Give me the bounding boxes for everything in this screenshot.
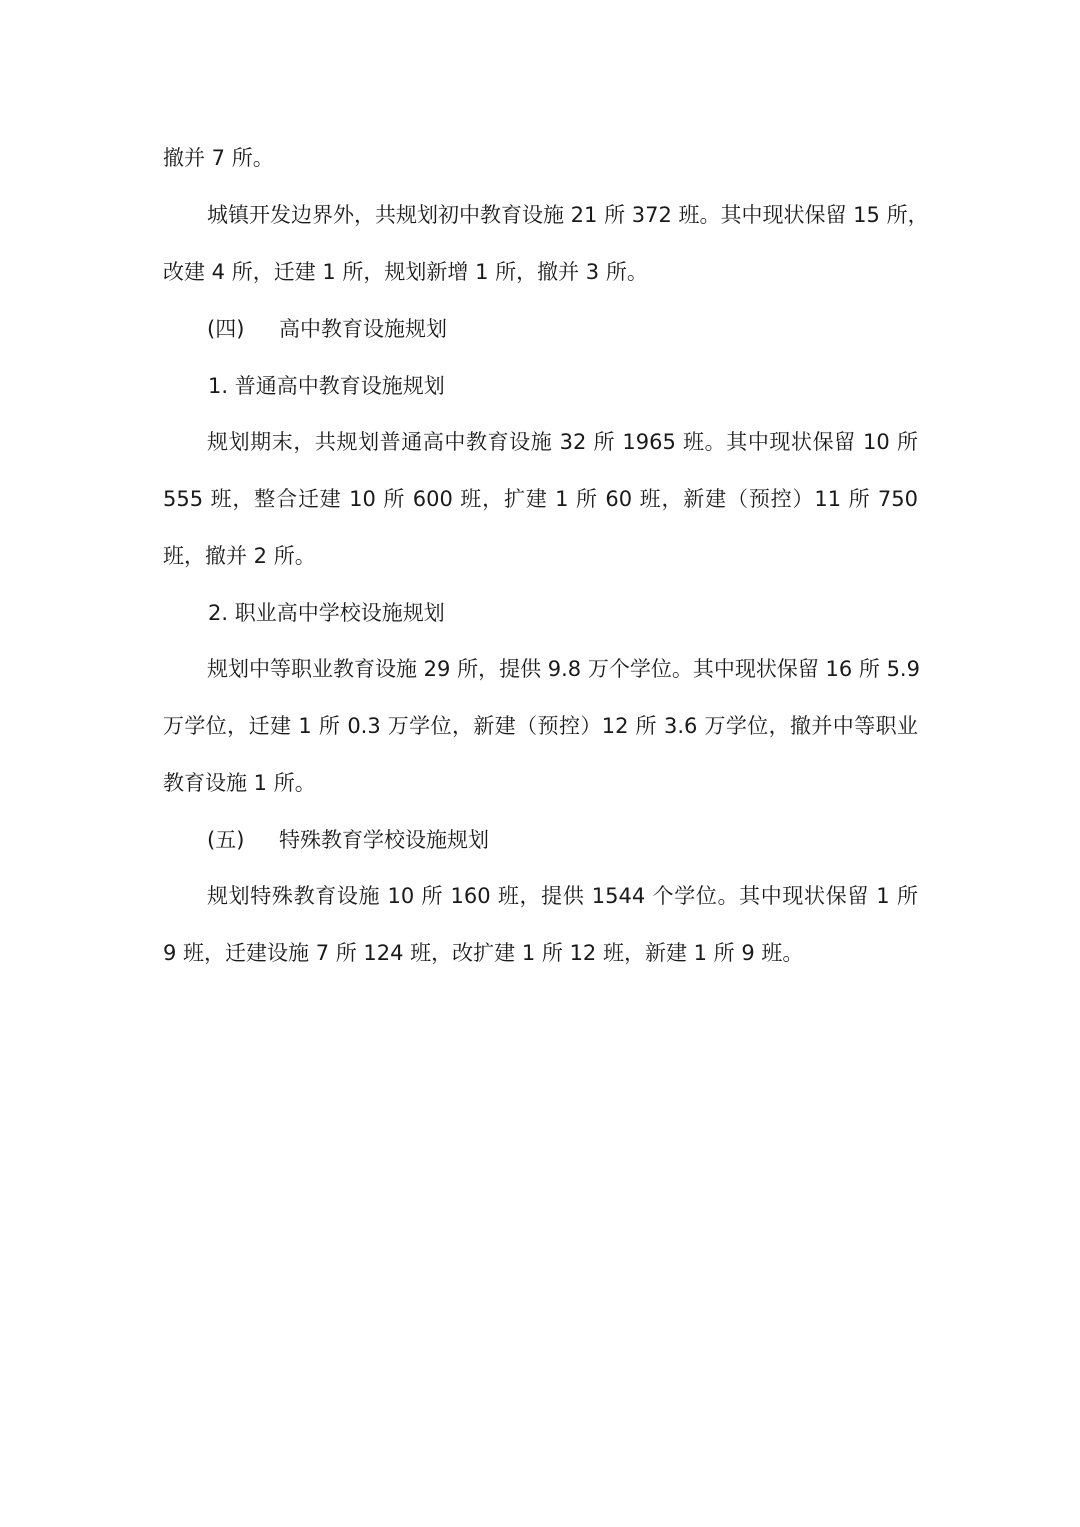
paragraph-line: 规划特殊教育设施 10 所 160 班，提供 1544 个学位。其中现状保留 1… [207,881,918,911]
section-heading: (五)特殊教育学校设施规划 [207,825,489,855]
subsection-heading: 1. 普通高中教育设施规划 [208,371,445,401]
subsection-number: 2. [208,601,228,625]
subsection-number: 1. [208,374,228,398]
section-number: (五) [207,825,279,855]
paragraph-line: 555 班，整合迁建 10 所 600 班，扩建 1 所 60 班，新建（预控）… [163,484,918,514]
section-number: (四) [207,314,279,344]
document-page: 撤并 7 所。 城镇开发边界外，共规划初中教育设施 21 所 372 班。其中现… [0,0,1080,1527]
paragraph-line: 城镇开发边界外，共规划初中教育设施 21 所 372 班。其中现状保留 15 所… [207,200,918,230]
section-heading: (四)高中教育设施规划 [207,314,447,344]
paragraph-line: 撤并 7 所。 [163,143,274,173]
paragraph-line: 9 班，迁建设施 7 所 124 班，改扩建 1 所 12 班，新建 1 所 9… [163,938,803,968]
paragraph-line: 改建 4 所，迁建 1 所，规划新增 1 所，撤并 3 所。 [163,257,648,287]
subsection-title: 普通高中教育设施规划 [235,374,445,398]
paragraph-line: 万学位，迁建 1 所 0.3 万学位，新建（预控）12 所 3.6 万学位，撤并… [163,711,918,741]
paragraph-line: 规划中等职业教育设施 29 所，提供 9.8 万个学位。其中现状保留 16 所 … [207,654,918,684]
subsection-title: 职业高中学校设施规划 [235,601,445,625]
paragraph-line: 班，撤并 2 所。 [163,541,316,571]
section-title: 特殊教育学校设施规划 [279,828,489,852]
paragraph-line: 教育设施 1 所。 [163,768,316,798]
section-title: 高中教育设施规划 [279,317,447,341]
paragraph-line: 规划期末，共规划普通高中教育设施 32 所 1965 班。其中现状保留 10 所 [207,427,918,457]
subsection-heading: 2. 职业高中学校设施规划 [208,598,445,628]
